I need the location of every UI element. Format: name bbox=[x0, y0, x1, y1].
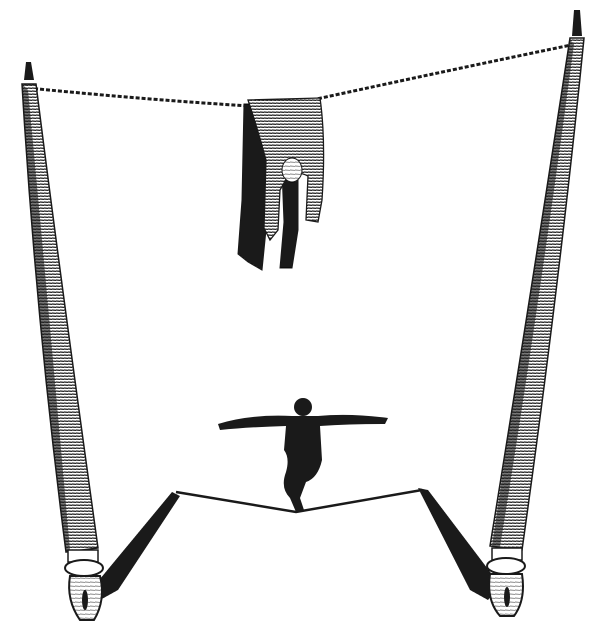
right-pen-pole bbox=[487, 10, 584, 616]
tightrope-walker-silhouette bbox=[218, 398, 388, 512]
left-pen-shadow bbox=[95, 492, 180, 600]
clothesline-rope bbox=[28, 44, 576, 106]
right-pen-shadow bbox=[418, 488, 500, 600]
illustration-canvas bbox=[0, 0, 604, 640]
left-pen-pole bbox=[22, 62, 103, 620]
hanging-figure bbox=[238, 98, 324, 270]
